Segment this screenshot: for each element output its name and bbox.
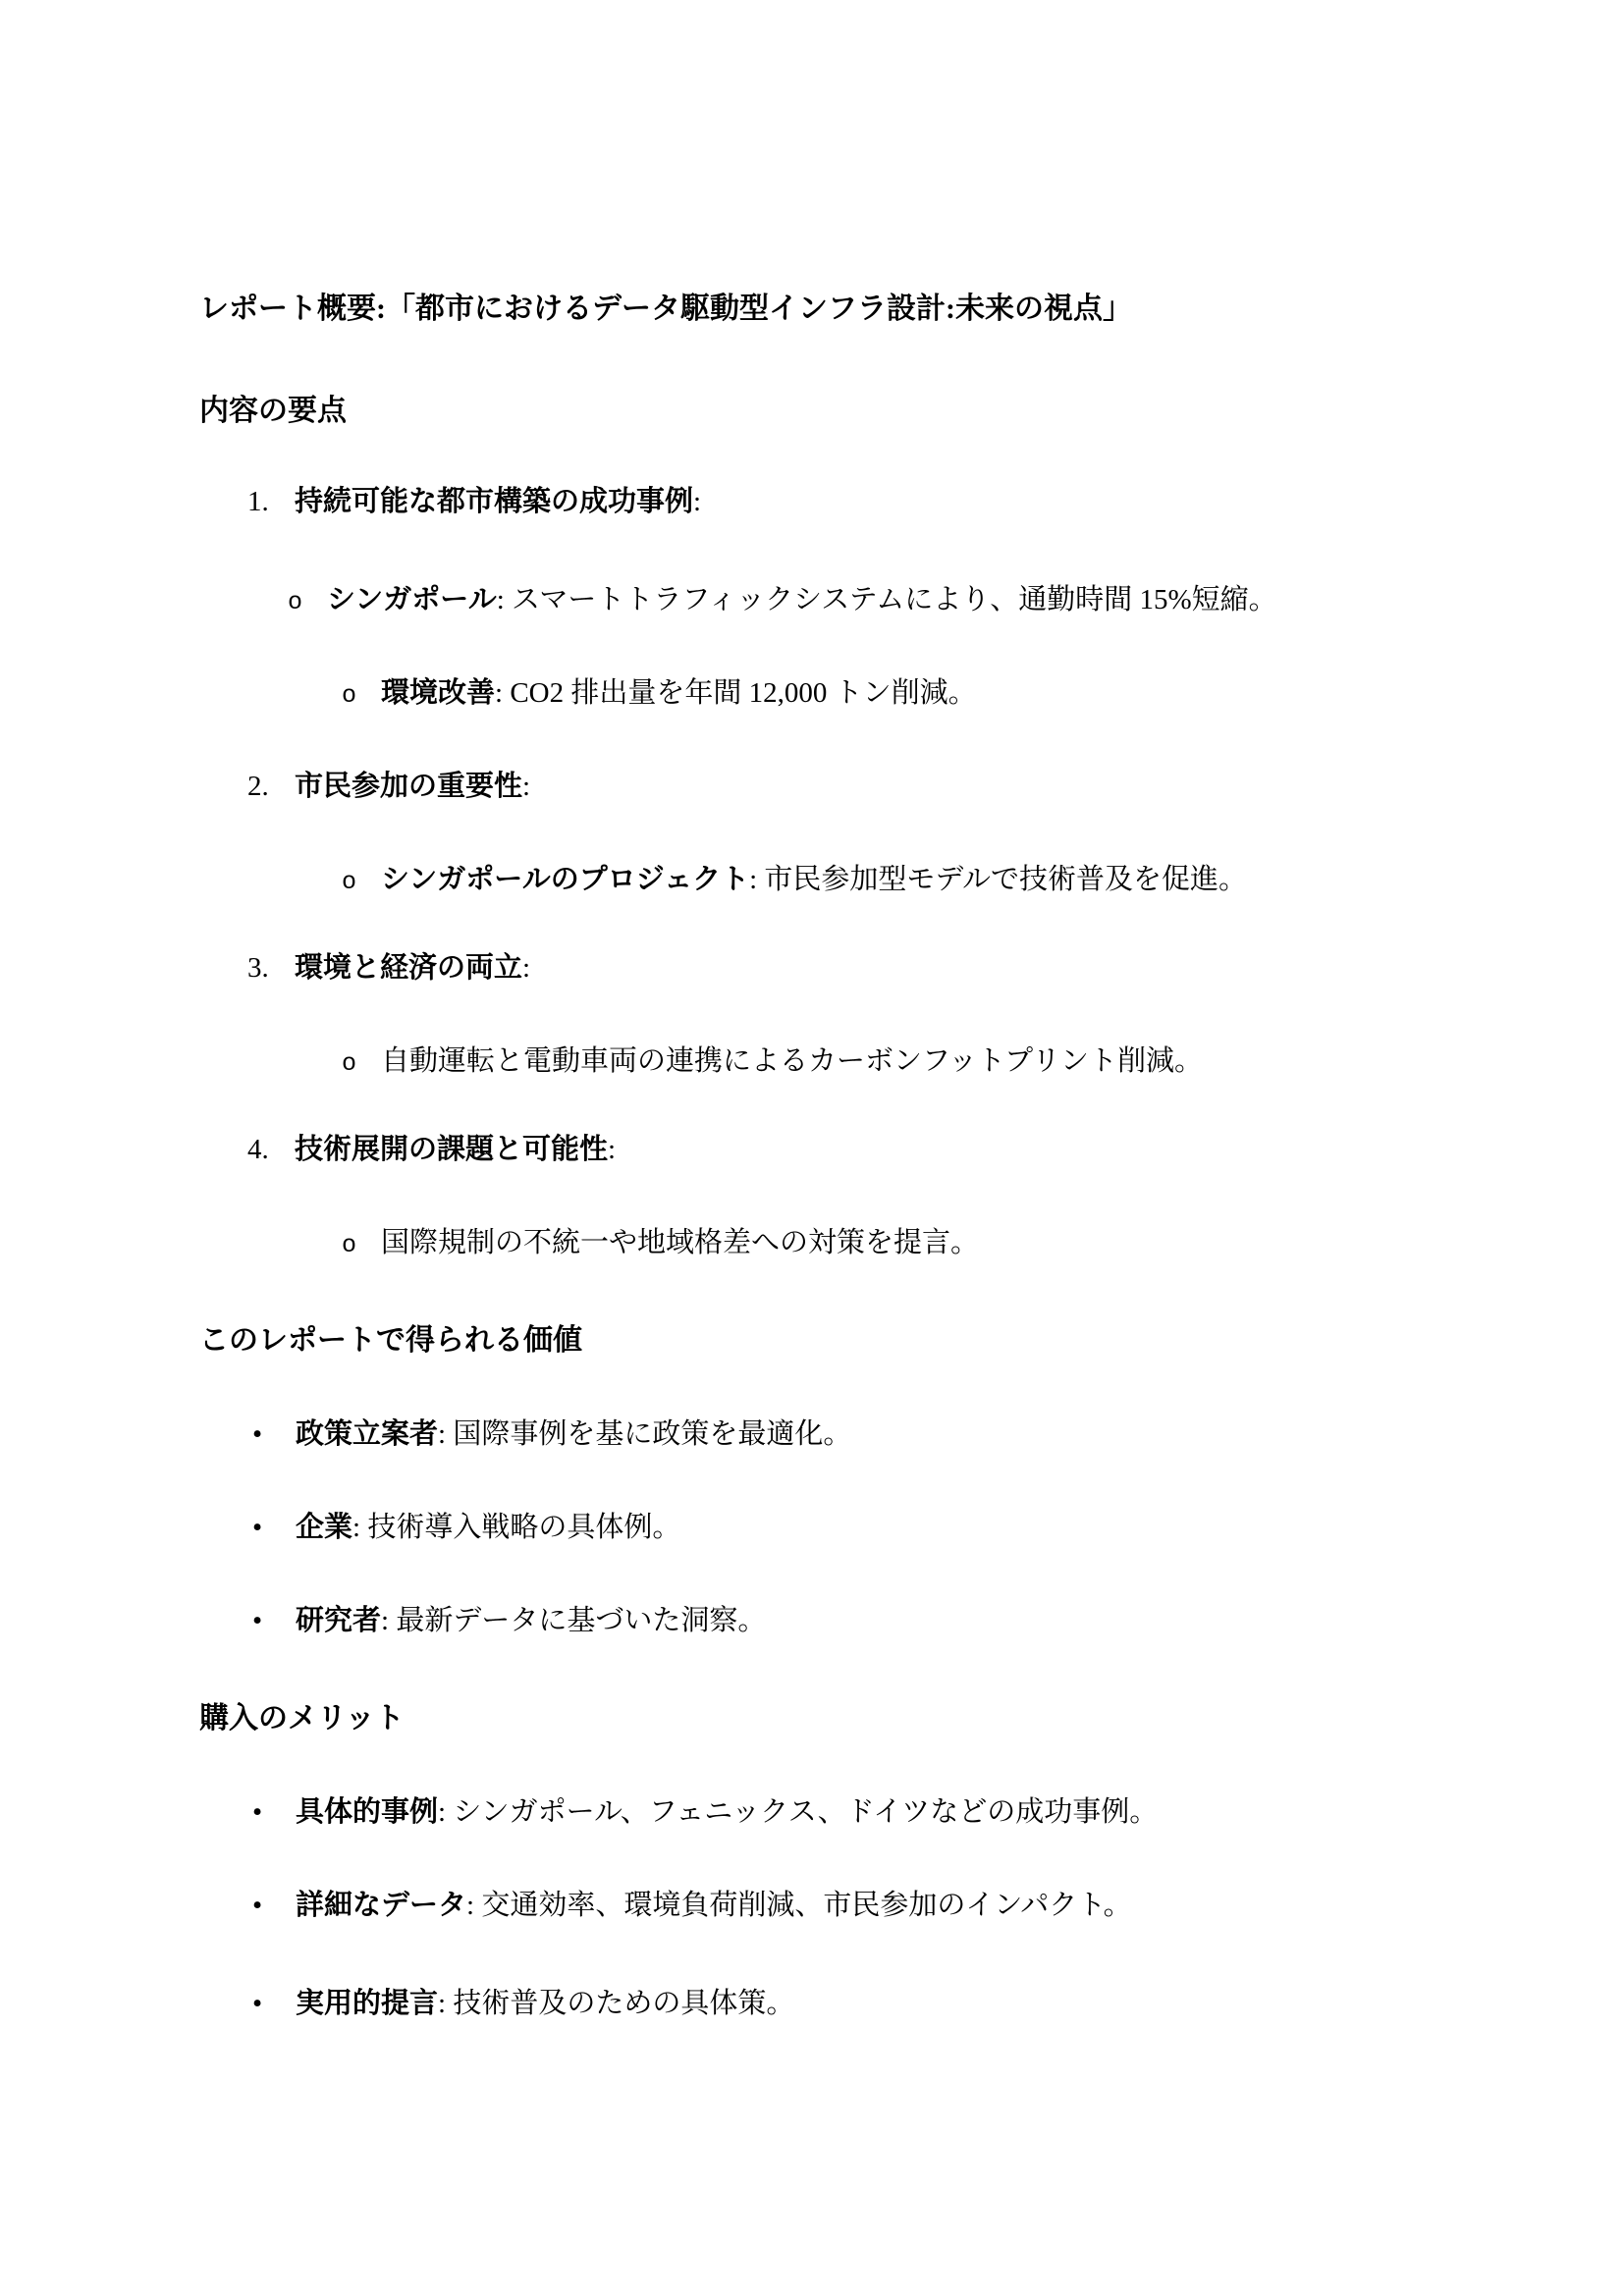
bullet-item: •企業: 技術導入戦略の具体例。: [199, 1509, 680, 1546]
numbered-item: 2.市民参加の重要性:: [199, 768, 530, 805]
item-text: : 最新データに基づいた洞察。: [381, 1605, 766, 1636]
item-text: :: [608, 1134, 616, 1165]
item-text: 国際規制の不統一や地域格差への対策を提言。: [381, 1227, 979, 1258]
item-text: :: [522, 952, 530, 984]
sub-list-item: oシンガポールのプロジェクト: 市民参加型モデルで技術普及を促進。: [199, 861, 1247, 901]
item-label: 具体的事例: [296, 1796, 438, 1828]
item-text: : 技術導入戦略の具体例。: [352, 1512, 680, 1543]
numbered-item: 3.環境と経済の両立:: [199, 949, 530, 987]
report-title: レポート概要:「都市におけるデータ駆動型インフラ設計:未来の視点」: [199, 291, 1132, 328]
circle-bullet-marker: o: [342, 1227, 381, 1264]
sub-list-item: o環境改善: CO2 排出量を年間 12,000 トン削減。: [199, 674, 977, 715]
bullet-item: •実用的提言: 技術普及のための具体策。: [199, 1985, 794, 2022]
item-label: 環境改善: [381, 677, 495, 709]
circle-bullet-marker: o: [342, 864, 381, 901]
item-text: : 国際事例を基に政策を最適化。: [438, 1418, 851, 1450]
section-heading-merits: 購入のメリット: [199, 1700, 405, 1737]
list-number-marker: 2.: [247, 768, 295, 805]
list-number-marker: 1.: [247, 483, 295, 520]
document-page: レポート概要:「都市におけるデータ駆動型インフラ設計:未来の視点」 内容の要点 …: [0, 0, 1624, 2296]
sub-list-item: o国際規制の不統一や地域格差への対策を提言。: [199, 1224, 979, 1264]
bullet-item: •政策立案者: 国際事例を基に政策を最適化。: [199, 1415, 851, 1453]
section-heading-key-points: 内容の要点: [199, 393, 347, 430]
circle-bullet-marker: o: [288, 584, 327, 621]
bullet-item: •具体的事例: シンガポール、フェニックス、ドイツなどの成功事例。: [199, 1793, 1158, 1831]
item-text: : スマートトラフィックシステムにより、通勤時間 15%短縮。: [497, 584, 1277, 615]
list-number-marker: 3.: [247, 949, 295, 987]
circle-bullet-marker: o: [342, 677, 381, 715]
item-label: シンガポールのプロジェクト: [381, 864, 749, 895]
item-label: 研究者: [296, 1605, 381, 1636]
sub-list-item: o自動運転と電動車両の連携によるカーボンフットプリント削減。: [199, 1042, 1203, 1083]
item-label: 技術展開の課題と可能性: [295, 1134, 608, 1165]
item-label: 環境と経済の両立: [295, 952, 522, 984]
section-heading-value: このレポートで得られる価値: [199, 1322, 582, 1360]
item-label: 市民参加の重要性: [295, 771, 522, 802]
circle-bullet-marker: o: [342, 1045, 381, 1083]
item-text: :: [693, 486, 701, 517]
list-number-marker: 4.: [247, 1131, 295, 1168]
item-label: 政策立案者: [296, 1418, 438, 1450]
item-text: 自動運転と電動車両の連携によるカーボンフットプリント削減。: [381, 1045, 1203, 1077]
disc-bullet-marker: •: [252, 1602, 296, 1639]
item-text: : 技術普及のための具体策。: [438, 1988, 794, 2019]
item-text: : CO2 排出量を年間 12,000 トン削減。: [495, 677, 977, 709]
bullet-item: •研究者: 最新データに基づいた洞察。: [199, 1602, 766, 1639]
bullet-item: •詳細なデータ: 交通効率、環境負荷削減、市民参加のインパクト。: [199, 1887, 1132, 1924]
numbered-item: 4.技術展開の課題と可能性:: [199, 1131, 616, 1168]
disc-bullet-marker: •: [252, 1985, 296, 2022]
item-text: : 交通効率、環境負荷削減、市民参加のインパクト。: [466, 1890, 1132, 1921]
item-label: シンガポール: [327, 584, 497, 615]
disc-bullet-marker: •: [252, 1509, 296, 1546]
item-label: 企業: [296, 1512, 352, 1543]
item-text: :: [522, 771, 530, 802]
item-label: 持続可能な都市構築の成功事例: [295, 486, 693, 517]
item-text: : 市民参加型モデルで技術普及を促進。: [749, 864, 1247, 895]
disc-bullet-marker: •: [252, 1415, 296, 1453]
sub-list-item: oシンガポール: スマートトラフィックシステムにより、通勤時間 15%短縮。: [199, 581, 1277, 621]
item-text: : シンガポール、フェニックス、ドイツなどの成功事例。: [438, 1796, 1158, 1828]
item-label: 実用的提言: [296, 1988, 438, 2019]
disc-bullet-marker: •: [252, 1793, 296, 1831]
disc-bullet-marker: •: [252, 1887, 296, 1924]
numbered-item: 1.持続可能な都市構築の成功事例:: [199, 483, 701, 520]
item-label: 詳細なデータ: [296, 1890, 466, 1921]
